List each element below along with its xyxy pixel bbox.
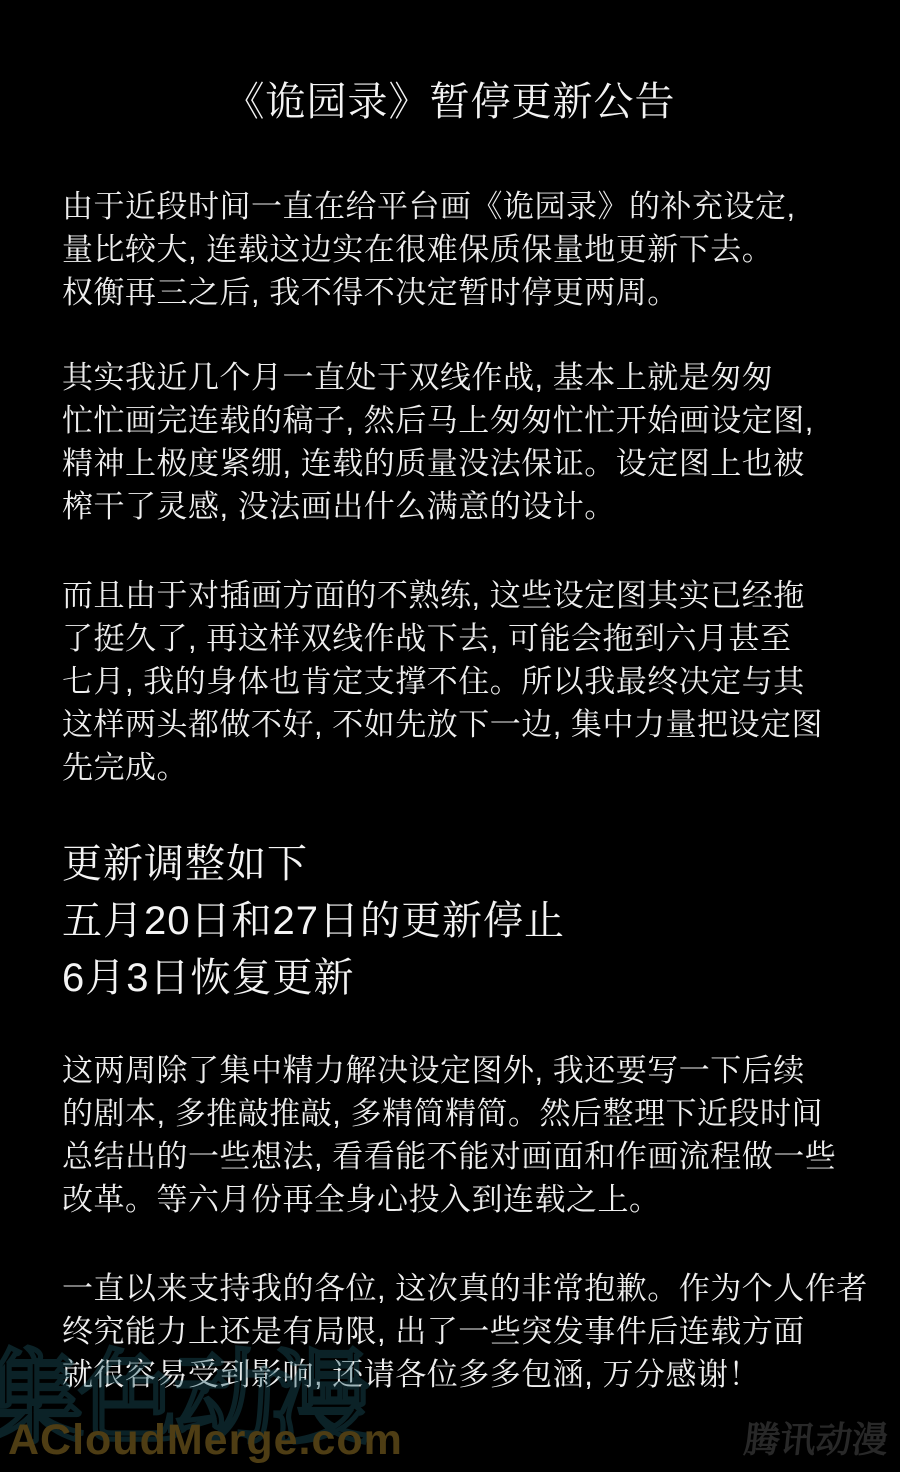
text-line: 其实我近几个月一直处于双线作战, 基本上就是匆匆 — [62, 356, 845, 399]
text-line: 权衡再三之后, 我不得不决定暂时停更两周。 — [62, 271, 845, 314]
paragraph-1: 由于近段时间一直在给平台画《诡园录》的补充设定, 量比较大, 连载这边实在很难保… — [62, 185, 845, 314]
text-line: 了挺久了, 再这样双线作战下去, 可能会拖到六月甚至 — [62, 617, 845, 660]
schedule-section: 更新调整如下 五月20日和27日的更新停止 6月3日恢复更新 — [62, 836, 845, 1007]
tencent-comics-logo: 腾讯动漫 — [742, 1418, 889, 1462]
text-line: 忙忙画完连载的稿子, 然后马上匆匆忙忙开始画设定图, — [62, 399, 845, 442]
text-line: 改革。等六月份再全身心投入到连载之上。 — [62, 1178, 845, 1221]
text-line: 由于近段时间一直在给平台画《诡园录》的补充设定, — [62, 185, 845, 228]
announcement-page: 《诡园录》暂停更新公告 由于近段时间一直在给平台画《诡园录》的补充设定, 量比较… — [0, 0, 900, 1472]
paragraph-4: 这两周除了集中精力解决设定图外, 我还要写一下后续 的剧本, 多推敲推敲, 多精… — [62, 1049, 845, 1221]
schedule-stop-dates: 五月20日和27日的更新停止 — [62, 893, 845, 950]
text-line: 七月, 我的身体也肯定支撑不住。所以我最终决定与其 — [62, 660, 845, 703]
text-line: 就很容易受到影响, 还请各位多多包涵, 万分感谢！ — [62, 1353, 845, 1396]
paragraph-5: 一直以来支持我的各位, 这次真的非常抱歉。作为个人作者 终究能力上还是有局限, … — [62, 1267, 845, 1396]
text-line: 榨干了灵感, 没法画出什么满意的设计。 — [62, 485, 845, 528]
text-line: 这样两头都做不好, 不如先放下一边, 集中力量把设定图 — [62, 703, 845, 746]
text-line: 一直以来支持我的各位, 这次真的非常抱歉。作为个人作者 — [62, 1267, 845, 1310]
text-line: 先完成。 — [62, 746, 845, 789]
text-line: 量比较大, 连载这边实在很难保质保量地更新下去。 — [62, 228, 845, 271]
text-line: 精神上极度紧绷, 连载的质量没法保证。设定图上也被 — [62, 442, 845, 485]
text-line: 总结出的一些想法, 看看能不能对画面和作画流程做一些 — [62, 1135, 845, 1178]
page-title: 《诡园录》暂停更新公告 — [0, 0, 900, 126]
paragraph-3: 而且由于对插画方面的不熟练, 这些设定图其实已经拖 了挺久了, 再这样双线作战下… — [62, 574, 845, 789]
paragraph-2: 其实我近几个月一直处于双线作战, 基本上就是匆匆 忙忙画完连载的稿子, 然后马上… — [62, 356, 845, 528]
text-line: 的剧本, 多推敲推敲, 多精简精简。然后整理下近段时间 — [62, 1092, 845, 1135]
schedule-resume-date: 6月3日恢复更新 — [62, 950, 845, 1007]
watermark-site-url: ACloudMerge.com — [8, 1416, 403, 1465]
text-line: 终究能力上还是有局限, 出了一些突发事件后连载方面 — [62, 1310, 845, 1353]
text-line: 这两周除了集中精力解决设定图外, 我还要写一下后续 — [62, 1049, 845, 1092]
schedule-heading: 更新调整如下 — [62, 836, 845, 893]
text-line: 而且由于对插画方面的不熟练, 这些设定图其实已经拖 — [62, 574, 845, 617]
